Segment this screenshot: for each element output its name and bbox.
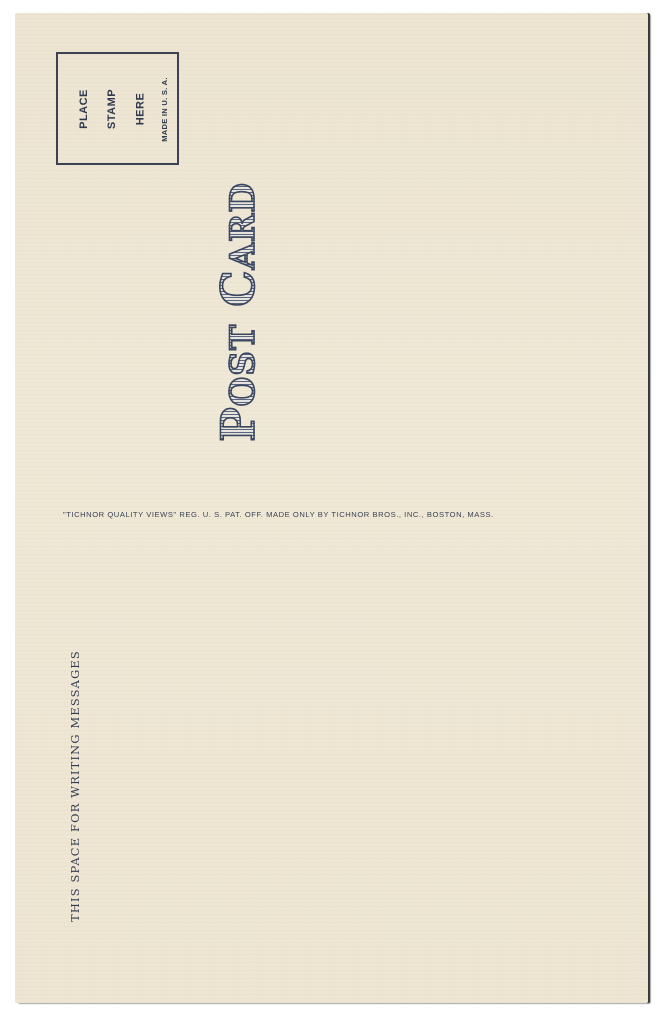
title-initial-p: P bbox=[211, 406, 265, 442]
stamp-box: PLACE STAMP HERE MADE IN U. S. A. bbox=[56, 52, 179, 165]
made-in-usa-text: MADE IN U. S. A. bbox=[159, 77, 168, 142]
stamp-text-place: PLACE bbox=[78, 89, 90, 129]
stamp-text-stamp: STAMP bbox=[106, 89, 118, 129]
publisher-imprint: "TICHNOR QUALITY VIEWS" REG. U. S. PAT. … bbox=[63, 510, 494, 519]
title-rest-ost: OST bbox=[223, 324, 263, 406]
stamp-text-here: HERE bbox=[134, 93, 146, 126]
postcard-title: POST CARD bbox=[215, 182, 261, 442]
title-initial-c: C bbox=[211, 269, 265, 307]
postcard-back: PLACE STAMP HERE MADE IN U. S. A. POST C… bbox=[15, 13, 648, 1003]
title-rest-ard: ARD bbox=[223, 182, 263, 269]
message-area-label: THIS SPACE FOR WRITING MESSAGES bbox=[68, 650, 82, 922]
